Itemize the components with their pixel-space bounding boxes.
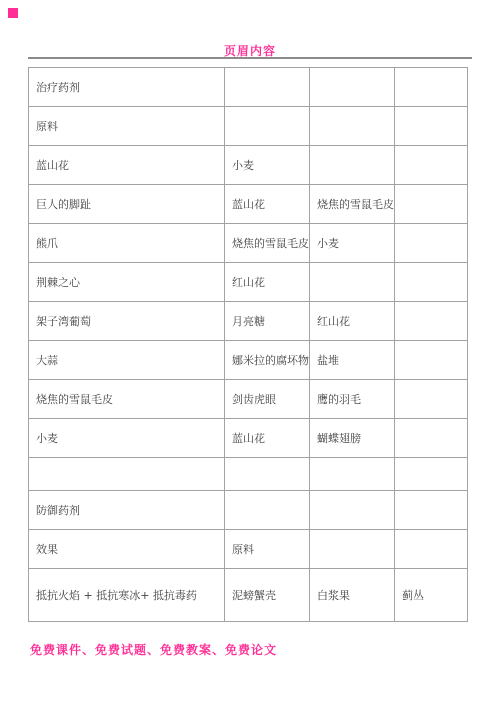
table-cell — [395, 302, 468, 341]
table-cell: 月亮糖 — [225, 302, 310, 341]
table-cell: 鹰的羽毛 — [310, 380, 395, 419]
table-cell — [395, 380, 468, 419]
table-row: 效果 原料 — [29, 530, 468, 569]
table-cell: 效果 — [29, 530, 225, 569]
table-cell — [310, 491, 395, 530]
table-cell — [29, 458, 225, 491]
table-row: 巨人的脚趾 蓝山花 烧焦的雪鼠毛皮 — [29, 185, 468, 224]
table-row: 架子湾葡萄 月亮糖 红山花 — [29, 302, 468, 341]
table-cell: 荆棘之心 — [29, 263, 225, 302]
table-row: 小麦 蓝山花 蝴蝶翅膀 — [29, 419, 468, 458]
table-cell: 小麦 — [29, 419, 225, 458]
table-cell: 蝴蝶翅膀 — [310, 419, 395, 458]
table-cell — [395, 185, 468, 224]
table-cell: 泥螃蟹壳 — [225, 569, 310, 622]
table-cell: 熊爪 — [29, 224, 225, 263]
table-cell: 蓝山花 — [225, 185, 310, 224]
table-row: 熊爪 烧焦的雪鼠毛皮 小麦 — [29, 224, 468, 263]
table-cell — [225, 458, 310, 491]
table-row: 抵抗火焰 + 抵抗寒冰+ 抵抗毒药 泥螃蟹壳 白浆果 蓟丛 — [29, 569, 468, 622]
table-cell — [225, 491, 310, 530]
table-row: 荆棘之心 红山花 — [29, 263, 468, 302]
table-row: 蓝山花 小麦 — [29, 146, 468, 185]
table-cell: 盐堆 — [310, 341, 395, 380]
table-cell — [310, 530, 395, 569]
table-cell — [395, 341, 468, 380]
table-cell — [395, 263, 468, 302]
table-cell — [395, 107, 468, 146]
table-cell — [225, 107, 310, 146]
table-cell: 白浆果 — [310, 569, 395, 622]
corner-marker-square — [8, 8, 18, 18]
table-cell: 烧焦的雪鼠毛皮 — [310, 185, 395, 224]
table-cell — [395, 224, 468, 263]
table-cell — [225, 68, 310, 107]
table-cell: 蓟丛 — [395, 569, 468, 622]
header-divider — [28, 57, 472, 59]
table-cell: 蓝山花 — [225, 419, 310, 458]
table-cell: 原料 — [225, 530, 310, 569]
table-cell — [395, 146, 468, 185]
table-cell — [310, 146, 395, 185]
table-row: 烧焦的雪鼠毛皮 剑齿虎眼 鹰的羽毛 — [29, 380, 468, 419]
table-cell: 娜米拉的腐坏物 — [225, 341, 310, 380]
table-row: 大蒜 娜米拉的腐坏物 盐堆 — [29, 341, 468, 380]
table-row: 治疗药剂 — [29, 68, 468, 107]
table-cell — [310, 68, 395, 107]
table-cell — [395, 419, 468, 458]
table-cell: 原料 — [29, 107, 225, 146]
table-row: 原料 — [29, 107, 468, 146]
table-cell: 小麦 — [310, 224, 395, 263]
table-cell: 抵抗火焰 + 抵抗寒冰+ 抵抗毒药 — [29, 569, 225, 622]
table-cell — [310, 263, 395, 302]
document-page: 页眉内容 治疗药剂 原料 蓝山花 小麦 — [0, 0, 500, 707]
table-row — [29, 458, 468, 491]
table-row: 防御药剂 — [29, 491, 468, 530]
table-cell: 防御药剂 — [29, 491, 225, 530]
table-cell — [395, 491, 468, 530]
table-cell: 架子湾葡萄 — [29, 302, 225, 341]
table-cell: 红山花 — [225, 263, 310, 302]
table-cell — [310, 107, 395, 146]
table-cell — [310, 458, 395, 491]
table-cell: 治疗药剂 — [29, 68, 225, 107]
recipe-table: 治疗药剂 原料 蓝山花 小麦 巨人的脚趾 蓝山花 烧焦的雪鼠毛皮 — [28, 67, 468, 622]
table-cell — [395, 458, 468, 491]
table-cell — [395, 530, 468, 569]
footer-text: 免费课件、免费试题、免费教案、免费论文 — [30, 641, 277, 658]
table-cell: 剑齿虎眼 — [225, 380, 310, 419]
table-cell: 烧焦的雪鼠毛皮 — [29, 380, 225, 419]
table-cell: 大蒜 — [29, 341, 225, 380]
table-cell: 巨人的脚趾 — [29, 185, 225, 224]
table-cell: 蓝山花 — [29, 146, 225, 185]
table-cell: 红山花 — [310, 302, 395, 341]
table-cell: 烧焦的雪鼠毛皮 — [225, 224, 310, 263]
table-cell — [395, 68, 468, 107]
table-cell: 小麦 — [225, 146, 310, 185]
